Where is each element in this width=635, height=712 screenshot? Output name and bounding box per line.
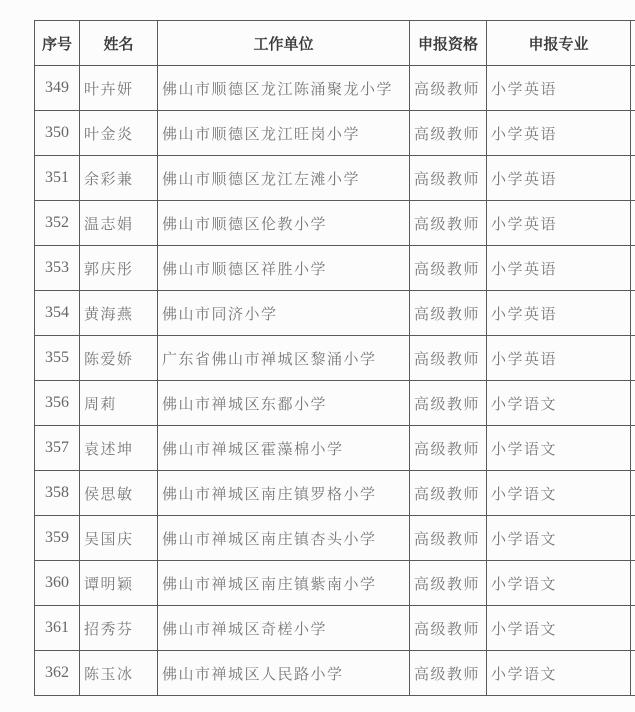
cell-cut-off-column (631, 291, 635, 336)
table-row: 351余彩兼佛山市顺德区龙江左滩小学高级教师小学英语 (35, 156, 635, 201)
cell-cut-off-column (631, 516, 635, 561)
header-name: 姓名 (80, 21, 158, 66)
cell-no: 362 (35, 651, 80, 696)
cell-unit: 佛山市顺德区祥胜小学 (158, 246, 410, 291)
cell-cut-off-column (631, 336, 635, 381)
cell-unit: 佛山市顺德区龙江陈涌聚龙小学 (158, 66, 410, 111)
table-body: 349叶卉妍佛山市顺德区龙江陈涌聚龙小学高级教师小学英语350叶金炎佛山市顺德区… (35, 66, 635, 696)
cell-name: 余彩兼 (80, 156, 158, 201)
header-cut-off-column (631, 21, 635, 66)
cell-unit: 佛山市同济小学 (158, 291, 410, 336)
table-header-row: 序号 姓名 工作单位 申报资格 申报专业 (35, 21, 635, 66)
cell-cut-off-column (631, 111, 635, 156)
cell-unit: 佛山市顺德区伦教小学 (158, 201, 410, 246)
cell-qualification: 高级教师 (410, 291, 487, 336)
cell-unit: 佛山市禅城区南庄镇罗格小学 (158, 471, 410, 516)
cell-unit: 佛山市禅城区人民路小学 (158, 651, 410, 696)
cell-major: 小学语文 (487, 471, 631, 516)
cell-qualification: 高级教师 (410, 606, 487, 651)
cell-no: 356 (35, 381, 80, 426)
cell-no: 360 (35, 561, 80, 606)
cell-major: 小学英语 (487, 291, 631, 336)
cell-no: 355 (35, 336, 80, 381)
cell-cut-off-column (631, 156, 635, 201)
cell-cut-off-column (631, 426, 635, 471)
cell-unit: 佛山市顺德区龙江左滩小学 (158, 156, 410, 201)
cell-no: 361 (35, 606, 80, 651)
cell-major: 小学英语 (487, 66, 631, 111)
cell-unit: 佛山市禅城区奇槎小学 (158, 606, 410, 651)
cell-major: 小学语文 (487, 426, 631, 471)
cell-no: 353 (35, 246, 80, 291)
cell-cut-off-column (631, 471, 635, 516)
table-row: 354黄海燕佛山市同济小学高级教师小学英语 (35, 291, 635, 336)
table-row: 352温志娟佛山市顺德区伦教小学高级教师小学英语 (35, 201, 635, 246)
cell-major: 小学英语 (487, 246, 631, 291)
cell-major: 小学英语 (487, 156, 631, 201)
cell-name: 袁述坤 (80, 426, 158, 471)
cell-name: 陈玉冰 (80, 651, 158, 696)
cell-cut-off-column (631, 651, 635, 696)
cell-name: 郭庆彤 (80, 246, 158, 291)
cell-name: 周莉 (80, 381, 158, 426)
cell-major: 小学语文 (487, 561, 631, 606)
cell-no: 359 (35, 516, 80, 561)
table-row: 358侯思敏佛山市禅城区南庄镇罗格小学高级教师小学语文 (35, 471, 635, 516)
cell-unit: 佛山市禅城区霍藻棉小学 (158, 426, 410, 471)
cell-qualification: 高级教师 (410, 381, 487, 426)
cell-unit: 佛山市禅城区南庄镇杏头小学 (158, 516, 410, 561)
cell-no: 349 (35, 66, 80, 111)
cell-unit: 佛山市禅城区南庄镇紫南小学 (158, 561, 410, 606)
header-unit: 工作单位 (158, 21, 410, 66)
cell-cut-off-column (631, 606, 635, 651)
table-row: 357袁述坤佛山市禅城区霍藻棉小学高级教师小学语文 (35, 426, 635, 471)
cell-cut-off-column (631, 561, 635, 606)
cell-cut-off-column (631, 201, 635, 246)
cell-qualification: 高级教师 (410, 561, 487, 606)
cell-cut-off-column (631, 66, 635, 111)
cell-qualification: 高级教师 (410, 471, 487, 516)
cell-no: 358 (35, 471, 80, 516)
cell-name: 叶卉妍 (80, 66, 158, 111)
header-major: 申报专业 (487, 21, 631, 66)
table-row: 361招秀芬佛山市禅城区奇槎小学高级教师小学语文 (35, 606, 635, 651)
cell-qualification: 高级教师 (410, 336, 487, 381)
applicant-roster-table: 序号 姓名 工作单位 申报资格 申报专业 349叶卉妍佛山市顺德区龙江陈涌聚龙小… (34, 20, 635, 696)
cell-name: 谭明颖 (80, 561, 158, 606)
cell-qualification: 高级教师 (410, 426, 487, 471)
cell-no: 352 (35, 201, 80, 246)
cell-major: 小学语文 (487, 381, 631, 426)
cell-name: 黄海燕 (80, 291, 158, 336)
cell-qualification: 高级教师 (410, 651, 487, 696)
cell-unit: 佛山市顺德区龙江旺岗小学 (158, 111, 410, 156)
table-row: 353郭庆彤佛山市顺德区祥胜小学高级教师小学英语 (35, 246, 635, 291)
cell-qualification: 高级教师 (410, 201, 487, 246)
cell-qualification: 高级教师 (410, 156, 487, 201)
cell-qualification: 高级教师 (410, 66, 487, 111)
cell-name: 侯思敏 (80, 471, 158, 516)
table-row: 359吴国庆佛山市禅城区南庄镇杏头小学高级教师小学语文 (35, 516, 635, 561)
cell-no: 350 (35, 111, 80, 156)
table-row: 349叶卉妍佛山市顺德区龙江陈涌聚龙小学高级教师小学英语 (35, 66, 635, 111)
cell-qualification: 高级教师 (410, 111, 487, 156)
cell-major: 小学英语 (487, 201, 631, 246)
table-row: 362陈玉冰佛山市禅城区人民路小学高级教师小学语文 (35, 651, 635, 696)
table-row: 350叶金炎佛山市顺德区龙江旺岗小学高级教师小学英语 (35, 111, 635, 156)
table-row: 355陈爱娇广东省佛山市禅城区黎涌小学高级教师小学英语 (35, 336, 635, 381)
cell-cut-off-column (631, 381, 635, 426)
cell-qualification: 高级教师 (410, 516, 487, 561)
cell-major: 小学英语 (487, 336, 631, 381)
cell-name: 温志娟 (80, 201, 158, 246)
cell-major: 小学语文 (487, 606, 631, 651)
cell-major: 小学英语 (487, 111, 631, 156)
header-qualification: 申报资格 (410, 21, 487, 66)
cell-no: 354 (35, 291, 80, 336)
table-row: 360谭明颖佛山市禅城区南庄镇紫南小学高级教师小学语文 (35, 561, 635, 606)
cell-no: 351 (35, 156, 80, 201)
cell-name: 叶金炎 (80, 111, 158, 156)
cell-name: 招秀芬 (80, 606, 158, 651)
cell-unit: 广东省佛山市禅城区黎涌小学 (158, 336, 410, 381)
cell-unit: 佛山市禅城区东鄱小学 (158, 381, 410, 426)
cell-name: 吴国庆 (80, 516, 158, 561)
cell-major: 小学语文 (487, 651, 631, 696)
cell-no: 357 (35, 426, 80, 471)
cell-name: 陈爱娇 (80, 336, 158, 381)
cell-qualification: 高级教师 (410, 246, 487, 291)
document-page: 序号 姓名 工作单位 申报资格 申报专业 349叶卉妍佛山市顺德区龙江陈涌聚龙小… (0, 0, 635, 712)
header-no: 序号 (35, 21, 80, 66)
cell-major: 小学语文 (487, 516, 631, 561)
table-row: 356周莉佛山市禅城区东鄱小学高级教师小学语文 (35, 381, 635, 426)
cell-cut-off-column (631, 246, 635, 291)
